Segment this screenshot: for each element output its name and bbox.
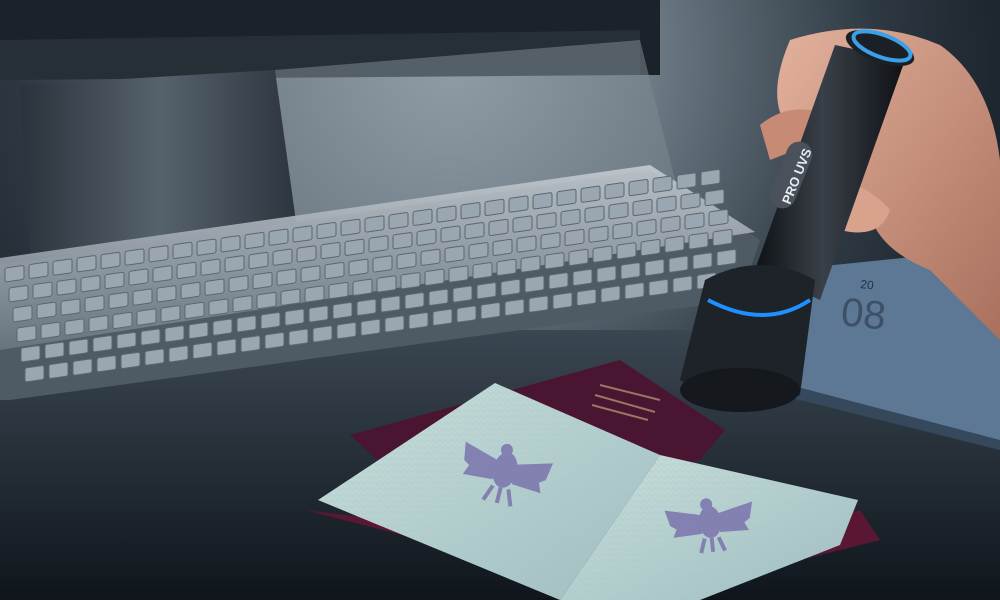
photo-scene: UV flashlight checking a passport xyxy=(0,0,1000,600)
diary-date-number: 08 xyxy=(839,290,888,338)
scene-illustration: 08 20 xyxy=(0,0,1000,600)
diary-header: 20 xyxy=(860,277,875,292)
